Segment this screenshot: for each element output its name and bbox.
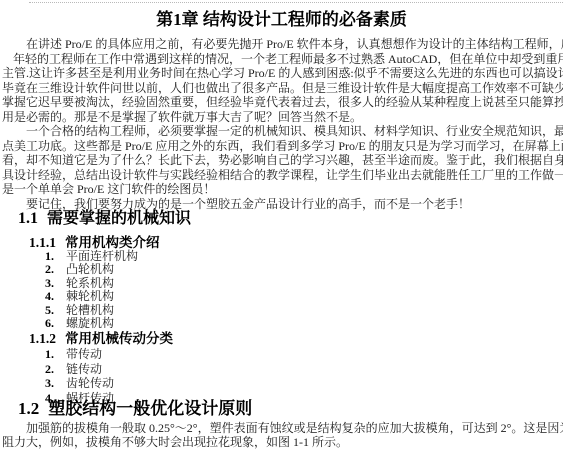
list-number: 2.	[45, 263, 66, 276]
list-text: 螺旋机构	[66, 316, 114, 330]
list-number: 1.	[45, 250, 66, 263]
heading-number: 1.1.1	[29, 235, 56, 250]
paragraph-line: 看，却不知道它是为了什么？长此下去，势必影响自己的学习兴趣，甚至半途而废。鉴于此…	[2, 153, 563, 168]
list-text: 链传动	[66, 362, 102, 376]
paragraph-line: 具设计经验，总结出设计软件与实践经验相结合的教学课程，让学生们毕业出去就能胜任工…	[2, 168, 563, 183]
heading-number: 1.2	[18, 399, 39, 418]
paragraph-line: 点美工功底。这些都是 Pro/E 应用之外的东西，我们看到多学习 Pro/E 的…	[2, 139, 563, 154]
list-text: 凸轮机构	[66, 262, 114, 276]
list-number: 3.	[45, 376, 66, 391]
paragraph-line: 毕竟在三维设计软件问世以前，人们也做出了很多产品。但是三维设计软件是大幅度提高工…	[2, 81, 563, 96]
list-number: 2.	[45, 362, 66, 377]
list-text: 齿轮传动	[66, 376, 114, 390]
list-item: 2.链传动	[45, 362, 114, 377]
list-number: 6.	[45, 317, 66, 330]
heading-number: 1.1	[18, 210, 38, 227]
chapter-title: 第1章 结构设计工程师的必备素质	[0, 8, 563, 31]
header-rule	[29, 2, 563, 3]
list-number: 4.	[45, 290, 66, 303]
section-heading-1-1-2: 1.1.2常用机械传动分类	[29, 330, 173, 347]
list-item: 1.带传动	[45, 347, 114, 362]
list-item: 2.凸轮机构	[45, 263, 138, 276]
section-heading-1-2: 1.2塑胶结构一般优化设计原则	[18, 398, 252, 419]
list-item: 6.螺旋机构	[45, 317, 138, 330]
mechanism-type-list: 1.平面连杆机构 2.凸轮机构 3.轮系机构 4.棘轮机构 5.轮槽机构 6.螺…	[45, 250, 138, 330]
heading-text: 常用机构类介绍	[65, 235, 160, 250]
paragraph-line: 是一个单单会 Pro/E 这门软件的绘图员！	[2, 182, 563, 197]
list-number: 3.	[45, 277, 66, 290]
paragraph-line: 在讲述 Pro/E 的具体应用之前，有必要先抛开 Pro/E 软件本身，认真想想…	[2, 37, 563, 52]
list-item: 3.齿轮传动	[45, 376, 114, 391]
list-number: 5.	[45, 304, 66, 317]
heading-text: 常用机械传动分类	[65, 331, 173, 346]
heading-text: 塑胶结构一般优化设计原则	[48, 399, 252, 418]
list-text: 轮系机构	[66, 276, 114, 290]
paragraph-line: 掌握它迟早要被淘汰，经验固然重要，但经验毕竟代表着过去，很多人的经验从某种程度上…	[2, 95, 563, 110]
list-text: 带传动	[66, 347, 102, 361]
section-heading-1-1: 1.1需要掌握的机械知识	[18, 209, 191, 229]
body-text: 在讲述 Pro/E 的具体应用之前，有必要先抛开 Pro/E 软件本身，认真想想…	[2, 37, 563, 212]
paragraph-line: 阻力大，例如，拔模角不够大时会出现拉花现象，如图 1-1 所示。	[2, 435, 563, 449]
heading-text: 需要掌握的机械知识	[47, 210, 191, 227]
paragraph-line: 用是必需的。那是不是掌握了软件就万事大吉了呢？回答当然不是。	[2, 110, 563, 125]
list-text: 平面连杆机构	[66, 249, 138, 263]
paragraph-line: 一个合格的结构工程师，必须要掌握一定的机械知识、模具知识、材料学知识、行业安全规…	[2, 124, 563, 139]
draft-angle-paragraph: 加强筋的拔模角一般取 0.25°～2°，塑件表面有蚀纹或是结构复杂的应加大拔模角…	[2, 421, 563, 449]
document-page: 第1章 结构设计工程师的必备素质 在讲述 Pro/E 的具体应用之前，有必要先抛…	[0, 0, 563, 450]
list-item: 4.棘轮机构	[45, 290, 138, 303]
list-number: 1.	[45, 347, 66, 362]
paragraph-line: 加强筋的拔模角一般取 0.25°～2°，塑件表面有蚀纹或是结构复杂的应加大拔模角…	[2, 421, 563, 435]
list-text: 棘轮机构	[66, 289, 114, 303]
transmission-type-list: 1.带传动 2.链传动 3.齿轮传动 4.蜗杆传动	[45, 347, 114, 405]
list-item: 5.轮槽机构	[45, 304, 138, 317]
list-text: 轮槽机构	[66, 303, 114, 317]
paragraph-line: 主管.这让许多甚至是利用业务时间在热心学习 Pro/E 的人感到困惑:似乎不需要…	[2, 66, 563, 81]
paragraph-line: 年轻的工程师在工作中常遇到这样的情况，一个老工程师最多不过熟悉 AutoCAD，…	[2, 52, 563, 67]
heading-number: 1.1.2	[29, 331, 56, 346]
